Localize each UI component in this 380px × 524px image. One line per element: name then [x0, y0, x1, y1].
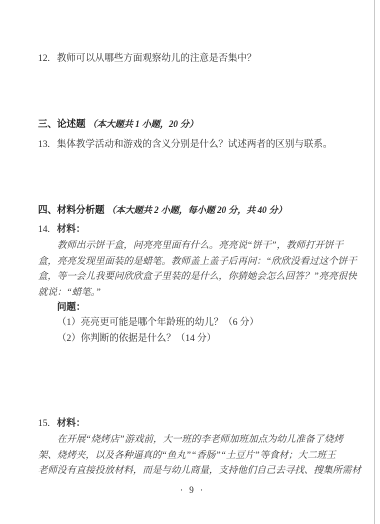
material-line: 架、烧烤夹，以及各种逼真的“鱼丸”“香肠”“土豆片”等食材；大二班王 [38, 449, 347, 465]
section-essay-meta: （本大题共 1 小题，20 分） [88, 119, 198, 129]
question-12-text: 教师可以从哪些方面观察幼儿的注意是否集中？ [57, 54, 257, 64]
question-13-text: 集体教学活动和游戏的含义分别是什么？试述两者的区别与联系。 [57, 140, 333, 150]
question-15-number: 15. [38, 419, 50, 429]
material-line: 盒，等一会儿我要问欣欣盒子里装的是什么，你猜她会怎么回答？”亮亮很快 [38, 270, 347, 286]
question-13: 13.集体教学活动和游戏的含义分别是什么？试述两者的区别与联系。 [38, 137, 347, 153]
section-material-header: 四、材料分析题 （本大题共 2 小题，每小题 20 分，共 40 分） [38, 202, 347, 220]
question-13-number: 13. [38, 140, 50, 150]
question-14-heading: 14.材料： [38, 222, 347, 238]
question-14-number: 14. [38, 225, 50, 235]
section-material-meta: （本大题共 2 小题，每小题 20 分，共 40 分） [107, 205, 287, 215]
question-14-sub-question-2: （2）你判断的依据是什么？（14 分） [57, 332, 347, 348]
material-line: 就说：“蜡笔。” [38, 286, 347, 302]
section-essay-header: 三、论述题 （本大题共 1 小题，20 分） [38, 116, 347, 134]
question-14-material-text: 教师出示饼干盒，问亮亮里面有什么。亮亮说“饼干”，教师打开饼干 盒，亮亮发现里面… [38, 239, 347, 301]
question-14-material-label: 材料： [57, 225, 86, 235]
section-essay-title: 三、论述题 [38, 120, 86, 130]
page-number: · 9 · [38, 485, 347, 495]
question-15-material-label: 材料： [57, 419, 86, 429]
page-content: 12.教师可以从哪些方面观察幼儿的注意是否集中？ 三、论述题 （本大题共 1 小… [0, 0, 380, 495]
material-line: 盒，亮亮发现里面装的是蜡笔。教师盖上盖子后再问：“欣欣没看过这个饼干 [38, 255, 347, 271]
question-15-material-text: 在开展“烧烤店”游戏前，大一班的李老师加班加点为幼儿准备了烧烤 架、烧烤夹，以及… [38, 433, 347, 480]
material-line: 老师没有直接投放材料，而是与幼儿商量，支持他们自己去寻找、搜集所需材 [38, 464, 347, 480]
material-line: 教师出示饼干盒，问亮亮里面有什么。亮亮说“饼干”，教师打开饼干 [38, 239, 347, 255]
question-14-questions-label: 问题： [57, 301, 347, 316]
question-12: 12.教师可以从哪些方面观察幼儿的注意是否集中？ [38, 51, 347, 67]
question-12-number: 12. [38, 54, 50, 64]
question-14-sub-question-1: （1）亮亮更可能是哪个年龄班的幼儿？（6 分） [57, 316, 347, 332]
exam-paper-page: 12.教师可以从哪些方面观察幼儿的注意是否集中？ 三、论述题 （本大题共 1 小… [0, 0, 380, 524]
material-line: 在开展“烧烤店”游戏前，大一班的李老师加班加点为幼儿准备了烧烤 [38, 433, 347, 449]
question-15-heading: 15.材料： [38, 416, 347, 432]
section-material-title: 四、材料分析题 [38, 206, 105, 216]
